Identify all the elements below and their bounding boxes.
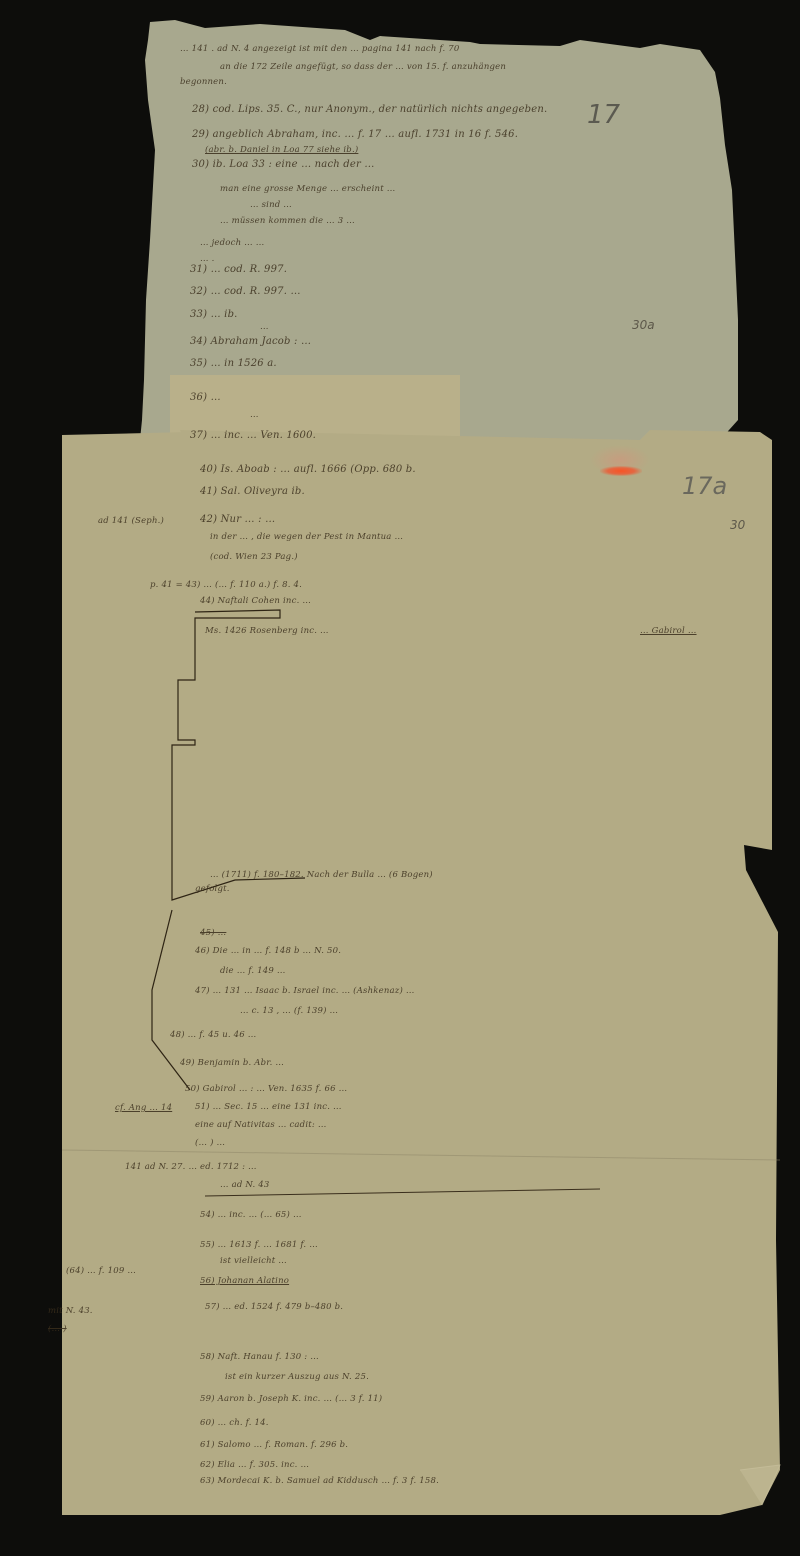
handwritten-line: ist ein kurzer Auszug aus N. 25. [225, 1372, 369, 1382]
entry-61: 61) Salomo … f. Roman. f. 296 b. [200, 1440, 348, 1450]
entry-50: 50) Gabirol … : … Ven. 1635 f. 66 … [185, 1084, 347, 1094]
handwritten-line: … (1711) f. 180–182. Nach der Bulla … (6… [210, 870, 433, 880]
entry-47: 47) … 131 … Isaac b. Israel inc. … (Ashk… [195, 986, 415, 996]
entry-41: 41) Sal. Oliveyra ib. [200, 486, 305, 497]
margin-ref: ad 141 (Seph.) [98, 516, 164, 526]
entry-63: 63) Mordecai K. b. Samuel ad Kiddusch … … [200, 1476, 439, 1486]
entry-43: p. 41 = 43) … (… f. 110 a.) f. 8. 4. [150, 580, 302, 590]
entry-42: 42) Nur … : … [200, 514, 275, 525]
handwritten-line: … jedoch … … [200, 238, 264, 248]
page-number-top: 30a [632, 318, 655, 332]
entry-44: 44) Naftali Cohen inc. … [200, 596, 311, 606]
entry-29-note: (abr. b. Daniel in Loa 77 siehe ib.) [205, 145, 358, 155]
handwritten-line: … 141 . ad N. 4 angezeigt ist mit den … … [180, 44, 459, 54]
entry-60: 60) … ch. f. 14. [200, 1418, 269, 1428]
entry-56: 56) Johanan Alatino [200, 1276, 289, 1286]
entry-34: 34) Abraham Jacob : … [190, 336, 311, 347]
paper-shapes [0, 0, 800, 1556]
handwritten-line: (… ) … [195, 1138, 225, 1148]
entry-40: 40) Is. Aboab : … aufl. 1666 (Opp. 680 b… [200, 464, 416, 475]
handwritten-line: … müssen kommen die … 3 … [220, 216, 355, 226]
gabirol-ref: … Gabirol … [640, 626, 697, 636]
entry-54: 54) … inc. … (… 65) … [200, 1210, 302, 1220]
entry-58: 58) Naft. Hanau f. 130 : … [200, 1352, 319, 1362]
handwritten-line: in der … , die wegen der Pest in Mantua … [210, 532, 403, 542]
entry-30: 30) ib. Loa 33 : eine … nach der … [192, 159, 375, 170]
page-number-main: 30 [730, 518, 745, 532]
margin-note: (64) … f. 109 … [66, 1266, 136, 1276]
entry-33: 33) … ib. [190, 309, 238, 320]
entry-55: 55) … 1613 f. … 1681 f. … [200, 1240, 318, 1250]
handwritten-line: … [250, 410, 259, 420]
handwritten-line: man eine grosse Menge … erscheint … [220, 184, 395, 194]
folio-number-main: 17a [682, 472, 727, 500]
entry-57: 57) … ed. 1524 f. 479 b–480 b. [205, 1302, 343, 1312]
handwritten-line: eine auf Nativitas … cadit: … [195, 1120, 327, 1130]
entry-37: 37) … inc. … Ven. 1600. [190, 430, 316, 441]
handwritten-line: an die 172 Zeile angefügt, so dass der …… [220, 62, 506, 72]
main-sheet-paper [62, 430, 780, 1515]
handwritten-line: die … f. 149 … [220, 966, 286, 976]
entry-28: 28) cod. Lips. 35. C., nur Anonym., der … [192, 104, 547, 115]
handwritten-line: (cod. Wien 23 Pag.) [210, 552, 298, 562]
entry-31: 31) … cod. R. 997. [190, 264, 287, 275]
entry-29: 29) angeblich Abraham, inc. … f. 17 … au… [192, 129, 518, 140]
struck-entry-45: 45) … [200, 928, 226, 938]
entry-32: 32) … cod. R. 997. … [190, 286, 301, 297]
handwritten-line: … ad N. 43 [220, 1180, 270, 1190]
handwritten-line: gefolgt. [195, 884, 230, 894]
scan-background: 17 17a 30a 30 … 141 . ad N. 4 angezeigt … [0, 0, 800, 1556]
handwritten-line: ist vielleicht … [220, 1256, 287, 1266]
entry-46: 46) Die … in … f. 148 b … N. 50. [195, 946, 341, 956]
handwritten-line: … c. 13 , … (f. 139) … [240, 1006, 338, 1016]
ms-reference: Ms. 1426 Rosenberg inc. … [205, 626, 329, 636]
handwritten-line: … . [200, 254, 215, 264]
handwritten-line: begonnen. [180, 77, 227, 87]
entry-36: 36) … [190, 392, 221, 403]
entry-49: 49) Benjamin b. Abr. … [180, 1058, 284, 1068]
margin-note-struck: (… ) [48, 1324, 67, 1334]
entry-35: 35) … in 1526 a. [190, 358, 277, 369]
entry-48: 48) … f. 45 u. 46 … [170, 1030, 257, 1040]
margin-note: mit N. 43. [48, 1306, 93, 1316]
entry-52-53: 141 ad N. 27. … ed. 1712 : … [125, 1162, 257, 1172]
handwritten-line: … sind … [250, 200, 292, 210]
entry-59: 59) Aaron b. Joseph K. inc. … (… 3 f. 11… [200, 1394, 382, 1404]
margin-ref-cf: cf. Ang … 14 [115, 1103, 172, 1113]
entry-51: 51) … Sec. 15 … eine 131 inc. … [195, 1102, 342, 1112]
handwritten-line: … [260, 322, 269, 332]
folio-number-top: 17 [587, 100, 620, 130]
red-wax-mark [600, 466, 642, 476]
entry-62: 62) Elia … f. 305. inc. … [200, 1460, 309, 1470]
